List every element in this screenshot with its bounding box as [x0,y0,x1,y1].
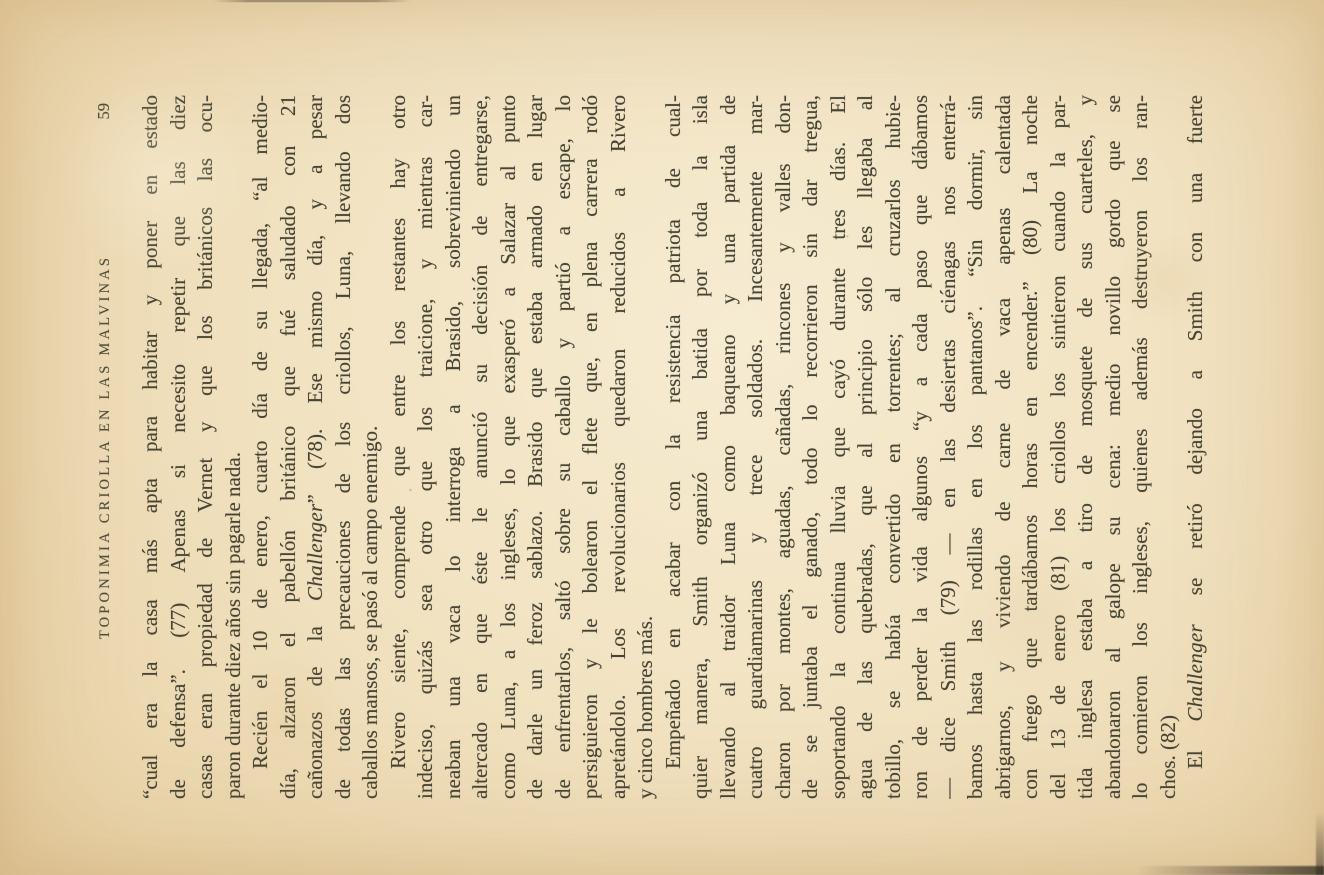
text-segment: día, alzaron el pabellón británico que f… [276,95,300,799]
text-segment: altercado en que éste le anunció su deci… [468,95,492,799]
text-segment: del 13 de enero (81) los criollos los si… [1046,95,1070,799]
text-line: de se juntaba el ganado, todo lo recorri… [797,95,825,799]
text-segment: El [1183,722,1207,769]
text-line: cañonazos de la Challenger” (78). Ese mi… [302,95,330,799]
text-line: de enfrentarlos, saltó sobre su caballo … [550,95,578,799]
text-line: indeciso, quizás sea otro que los traici… [412,95,440,799]
text-segment: Empeñado en acabar con la resistencia pa… [661,95,685,769]
text-segment: tida inglesa estaba a tiro de mosquete d… [1073,95,1097,799]
text-segment: bamos hasta las rodillas en los pantanos… [963,95,987,799]
text-line: persiguieron y le bolearon el flete que,… [577,95,605,799]
text-segment: lo comieron los ingleses, quienes además… [1128,95,1152,799]
text-line: con fuego que tardábamos horas en encend… [1017,95,1045,799]
text-segment: neaban una vaca lo interroga a Brasido, … [441,95,465,799]
scan-edge-artifact-bottom-corner [1136,866,1324,875]
text-line: neaban una vaca lo interroga a Brasido, … [440,95,468,799]
text-segment: chos. (82) [1156,715,1180,799]
text-segment: apretándolo. Los revolucionarios quedaro… [606,95,630,799]
text-line: casas eran propiedad de Vernet y que los… [192,95,220,799]
text-segment: charon por montes, aguadas, cañadas, rin… [771,95,795,799]
scan-edge-artifact-right [1316,812,1324,875]
text-segment: cañonazos de la [303,601,327,799]
text-segment: de todas las precauciones de los criollo… [331,95,355,799]
text-line: tobillo, se había convertido en torrente… [880,95,908,799]
text-line: día, alzaron el pabellón británico que f… [275,95,303,799]
text-segment: caballos mansos, se pasó al campo enemig… [358,426,382,799]
text-segment: agua de las quebradas, que al principio … [853,95,877,799]
text-line: charon por montes, aguadas, cañadas, rin… [770,95,798,799]
text-line: Recién el 10 de enero, cuarto día de su … [247,95,275,799]
text-segment: de darle un feroz sablazo. Brasido que e… [523,95,547,799]
text-line: de darle un feroz sablazo. Brasido que e… [522,95,550,799]
text-line: abrigarnos, y viviendo de carne de vaca … [990,95,1018,799]
text-segment: casas eran propiedad de Vernet y que los… [193,95,217,799]
text-segment: de enfrentarlos, saltó sobre su caballo … [551,95,575,799]
text-segment: paron durante diez años sin pagarle nada… [221,452,245,799]
text-line: llevando al traidor Luna como baqueano y… [715,95,743,799]
text-line: de defensa”. (77) Apenas si necesito rep… [165,95,193,799]
text-segment: de defensa”. (77) Apenas si necesito rep… [166,95,190,799]
text-line: bamos hasta las rodillas en los pantanos… [962,95,990,799]
text-line: paron durante diez años sin pagarle nada… [220,95,248,799]
text-segment: y cinco hombres más. [633,616,657,799]
text-line: chos. (82) [1155,95,1183,799]
text-segment: llevando al traidor Luna como baqueano y… [716,95,740,799]
page-upright: TOPONIMIA CRIOLLA EN LAS MALVINAS 59 “cu… [0,0,1324,875]
text-segment: ” (78). Ese mismo día, y a pesar [303,95,327,503]
text-line: ron de perder la vida algunos “y a cada … [907,95,935,799]
text-segment: Rivero siente, comprende que entre los r… [386,95,410,769]
text-line: cuatro guardiamarinas y trece soldados. … [742,95,770,799]
text-line: — dice Smith (79) — en las desiertas cié… [935,95,963,799]
text-line: apretándolo. Los revolucionarios quedaro… [605,95,633,799]
text-line: como Luna, a los ingleses, lo que exaspe… [495,95,523,799]
text-segment: como Luna, a los ingleses, lo que exaspe… [496,95,520,799]
text-segment: quier manera, Smith organizó una batida … [688,95,712,799]
body-text: “cual era la casa más apta para habitar … [137,95,1210,799]
text-line: altercado en que éste le anunció su deci… [467,95,495,799]
text-line: Rivero siente, comprende que entre los r… [385,95,413,799]
text-segment: de se juntaba el ganado, todo lo recorri… [798,95,822,799]
text-segment: ron de perder la vida algunos “y a cada … [908,95,932,799]
text-line: lo comieron los ingleses, quienes además… [1127,95,1155,799]
text-segment: abandonaron al galope su cena: medio nov… [1101,95,1125,799]
text-line: Empeñado en acabar con la resistencia pa… [660,95,688,799]
text-line: El Challenger se retiró dejando a Smith … [1182,95,1210,799]
text-segment: se retiró dejando a Smith con una fuerte [1183,95,1207,624]
scan-edge-artifact-top [213,0,411,2]
page-number: 59 [94,103,114,800]
scanned-book-page: TOPONIMIA CRIOLLA EN LAS MALVINAS 59 “cu… [0,0,1324,875]
text-line: tida inglesa estaba a tiro de mosquete d… [1072,95,1100,799]
text-line: y cinco hombres más. [632,95,660,799]
text-line: abandonaron al galope su cena: medio nov… [1100,95,1128,799]
text-line: “cual era la casa más apta para habitar … [137,95,165,799]
text-line: soportando la continua lluvia que cayó d… [825,95,853,799]
text-segment: con fuego que tardábamos horas en encend… [1018,95,1042,799]
italic-text-segment: Challenger [303,503,327,601]
text-segment: Recién el 10 de enero, cuarto día de su … [248,95,272,769]
text-line: quier manera, Smith organizó una batida … [687,95,715,799]
text-segment: indeciso, quizás sea otro que los traici… [413,95,437,799]
text-line: agua de las quebradas, que al principio … [852,95,880,799]
text-segment: — dice Smith (79) — en las desiertas cié… [936,95,960,799]
text-segment: cuatro guardiamarinas y trece soldados. … [743,95,767,799]
text-segment: tobillo, se había convertido en torrente… [881,95,905,799]
text-segment: soportando la continua lluvia que cayó d… [826,95,850,799]
italic-text-segment: Challenger [1183,624,1207,722]
text-line: de todas las precauciones de los criollo… [330,95,358,799]
text-segment: “cual era la casa más apta para habitar … [138,95,162,799]
text-segment: abrigarnos, y viviendo de carne de vaca … [991,95,1015,799]
text-line: caballos mansos, se pasó al campo enemig… [357,95,385,799]
text-segment: persiguieron y le bolearon el flete que,… [578,95,602,799]
text-line: del 13 de enero (81) los criollos los si… [1045,95,1073,799]
